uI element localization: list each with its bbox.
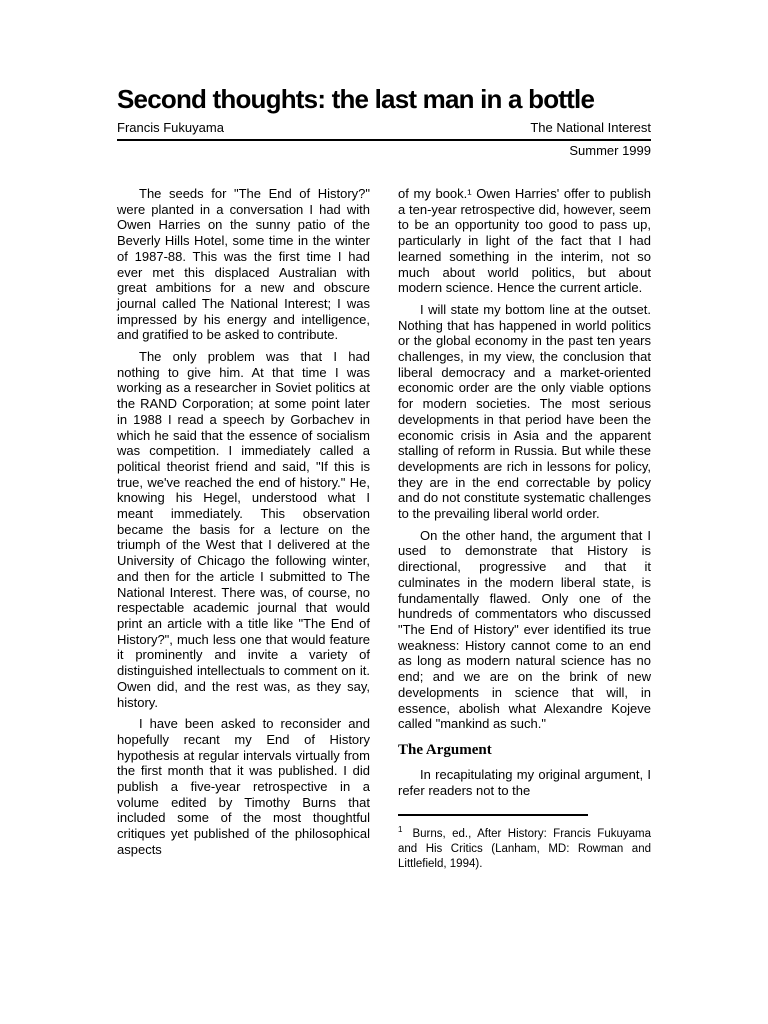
- body-paragraph: The seeds for "The End of History?" were…: [117, 186, 370, 343]
- section-heading: The Argument: [398, 742, 651, 759]
- footnote-block: 1Burns, ed., After History: Francis Fuku…: [398, 814, 651, 872]
- body-paragraph: In recapitulating my original argument, …: [398, 767, 651, 798]
- body-paragraph: The only problem was that I had nothing …: [117, 349, 370, 710]
- journal-name: The National Interest: [530, 120, 651, 136]
- byline-row: Francis Fukuyama The National Interest: [117, 120, 651, 141]
- body-paragraph: I have been asked to reconsider and hope…: [117, 716, 370, 857]
- footnote-separator-rule: [398, 814, 588, 816]
- author-name: Francis Fukuyama: [117, 120, 224, 136]
- document-page: Second thoughts: the last man in a bottl…: [0, 0, 768, 1024]
- footnote: 1Burns, ed., After History: Francis Fuku…: [398, 822, 651, 872]
- left-column: The seeds for "The End of History?" were…: [117, 186, 370, 872]
- article-title: Second thoughts: the last man in a bottl…: [117, 83, 651, 115]
- right-column: of my book.¹ Owen Harries' offer to publ…: [398, 186, 651, 872]
- footnote-marker: 1: [398, 825, 402, 834]
- footnote-citation: Burns, ed., After History: Francis Fukuy…: [398, 828, 651, 870]
- issue-date: Summer 1999: [117, 143, 651, 158]
- body-paragraph: I will state my bottom line at the outse…: [398, 302, 651, 522]
- body-paragraph: of my book.¹ Owen Harries' offer to publ…: [398, 186, 651, 296]
- body-paragraph: On the other hand, the argument that I u…: [398, 528, 651, 732]
- article-body: The seeds for "The End of History?" were…: [117, 186, 651, 872]
